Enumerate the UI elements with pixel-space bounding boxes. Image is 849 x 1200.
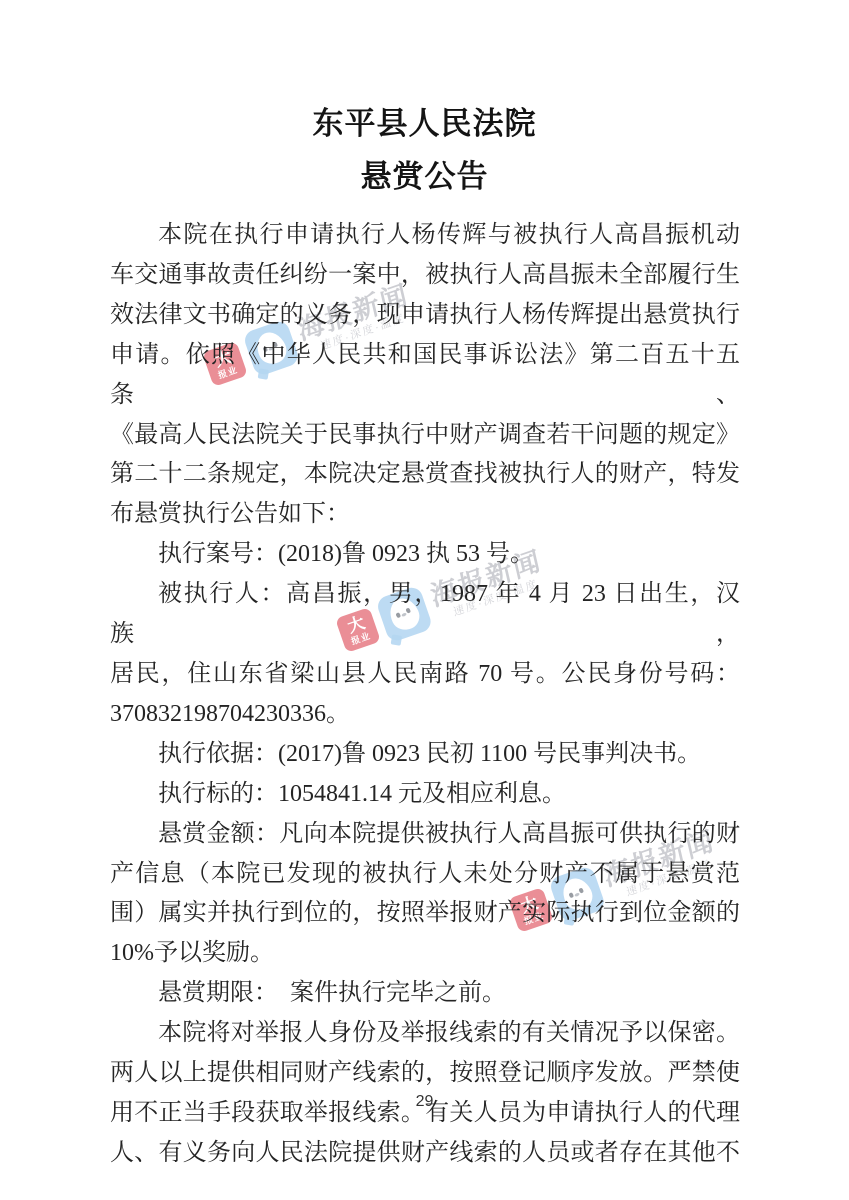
text-line: 悬赏期限： 案件执行完毕之前。 xyxy=(110,974,740,1014)
text-line: 本院在执行申请执行人杨传辉与被执行人高昌振机动 xyxy=(110,216,740,256)
text-line: 围）属实并执行到位的，按照举报财产实际执行到位金额的 xyxy=(110,894,740,934)
announcement-title: 悬赏公告 xyxy=(0,159,849,195)
text-line: 产信息（本院已发现的被执行人未处分财产不属于悬赏范 xyxy=(110,855,740,895)
text-line: 本院将对举报人身份及举报线索的有关情况予以保密。 xyxy=(110,1014,740,1054)
text-line: 执行依据：(2017)鲁 0923 民初 1100 号民事判决书。 xyxy=(110,735,740,775)
text-line: 10%予以奖励。 xyxy=(110,934,740,974)
text-line: 执行标的：1054841.14 元及相应利息。 xyxy=(110,775,740,815)
paragraph: 执行案号：(2018)鲁 0923 执 53 号。 xyxy=(110,535,740,575)
text-line: 居民，住山东省梁山县人民南路 70 号。公民身份号码： xyxy=(110,655,740,695)
text-line: 效法律文书确定的义务，现申请执行人杨传辉提出悬赏执行 xyxy=(110,296,740,336)
paragraph: 悬赏金额：凡向本院提供被执行人高昌振可供执行的财产信息（本院已发现的被执行人未处… xyxy=(110,815,740,975)
text-line: 《最高人民法院关于民事执行中财产调查若干问题的规定》 xyxy=(110,416,740,456)
paragraph: 执行依据：(2017)鲁 0923 民初 1100 号民事判决书。 xyxy=(110,735,740,775)
text-line: 370832198704230336。 xyxy=(110,695,740,735)
page-number: 29 xyxy=(0,1093,849,1111)
paragraph: 本院在执行申请执行人杨传辉与被执行人高昌振机动车交通事故责任纠纷一案中，被执行人… xyxy=(110,216,740,535)
text-line: 第二十二条规定，本院决定悬赏查找被执行人的财产，特发 xyxy=(110,455,740,495)
text-line: 人、有义务向人民法院提供财产线索的人员或者存在其他不 xyxy=(110,1134,740,1174)
paragraph: 悬赏期限： 案件执行完毕之前。 xyxy=(110,974,740,1014)
paragraph: 执行标的：1054841.14 元及相应利息。 xyxy=(110,775,740,815)
document-page: 大 报业 海报新闻 速度·深度·温度 大 报业 xyxy=(0,0,849,1200)
text-line: 申请。依照《中华人民共和国民事诉讼法》第二百五十五条、 xyxy=(110,336,740,416)
text-line: 执行案号：(2018)鲁 0923 执 53 号。 xyxy=(110,535,740,575)
document-content: 东平县人民法院 悬赏公告 本院在执行申请执行人杨传辉与被执行人高昌振机动车交通事… xyxy=(0,0,849,1200)
text-line: 布悬赏执行公告如下： xyxy=(110,495,740,535)
paragraph: 被执行人：高昌振，男，1987 年 4 月 23 日出生，汉族，居民，住山东省梁… xyxy=(110,575,740,735)
court-title: 东平县人民法院 xyxy=(0,106,849,142)
text-line: 悬赏金额：凡向本院提供被执行人高昌振可供执行的财 xyxy=(110,815,740,855)
text-line: 车交通事故责任纠纷一案中，被执行人高昌振未全部履行生 xyxy=(110,256,740,296)
text-line: 两人以上提供相同财产线索的，按照登记顺序发放。严禁使 xyxy=(110,1054,740,1094)
document-body: 本院在执行申请执行人杨传辉与被执行人高昌振机动车交通事故责任纠纷一案中，被执行人… xyxy=(110,216,740,1174)
text-line: 被执行人：高昌振，男，1987 年 4 月 23 日出生，汉族， xyxy=(110,575,740,655)
